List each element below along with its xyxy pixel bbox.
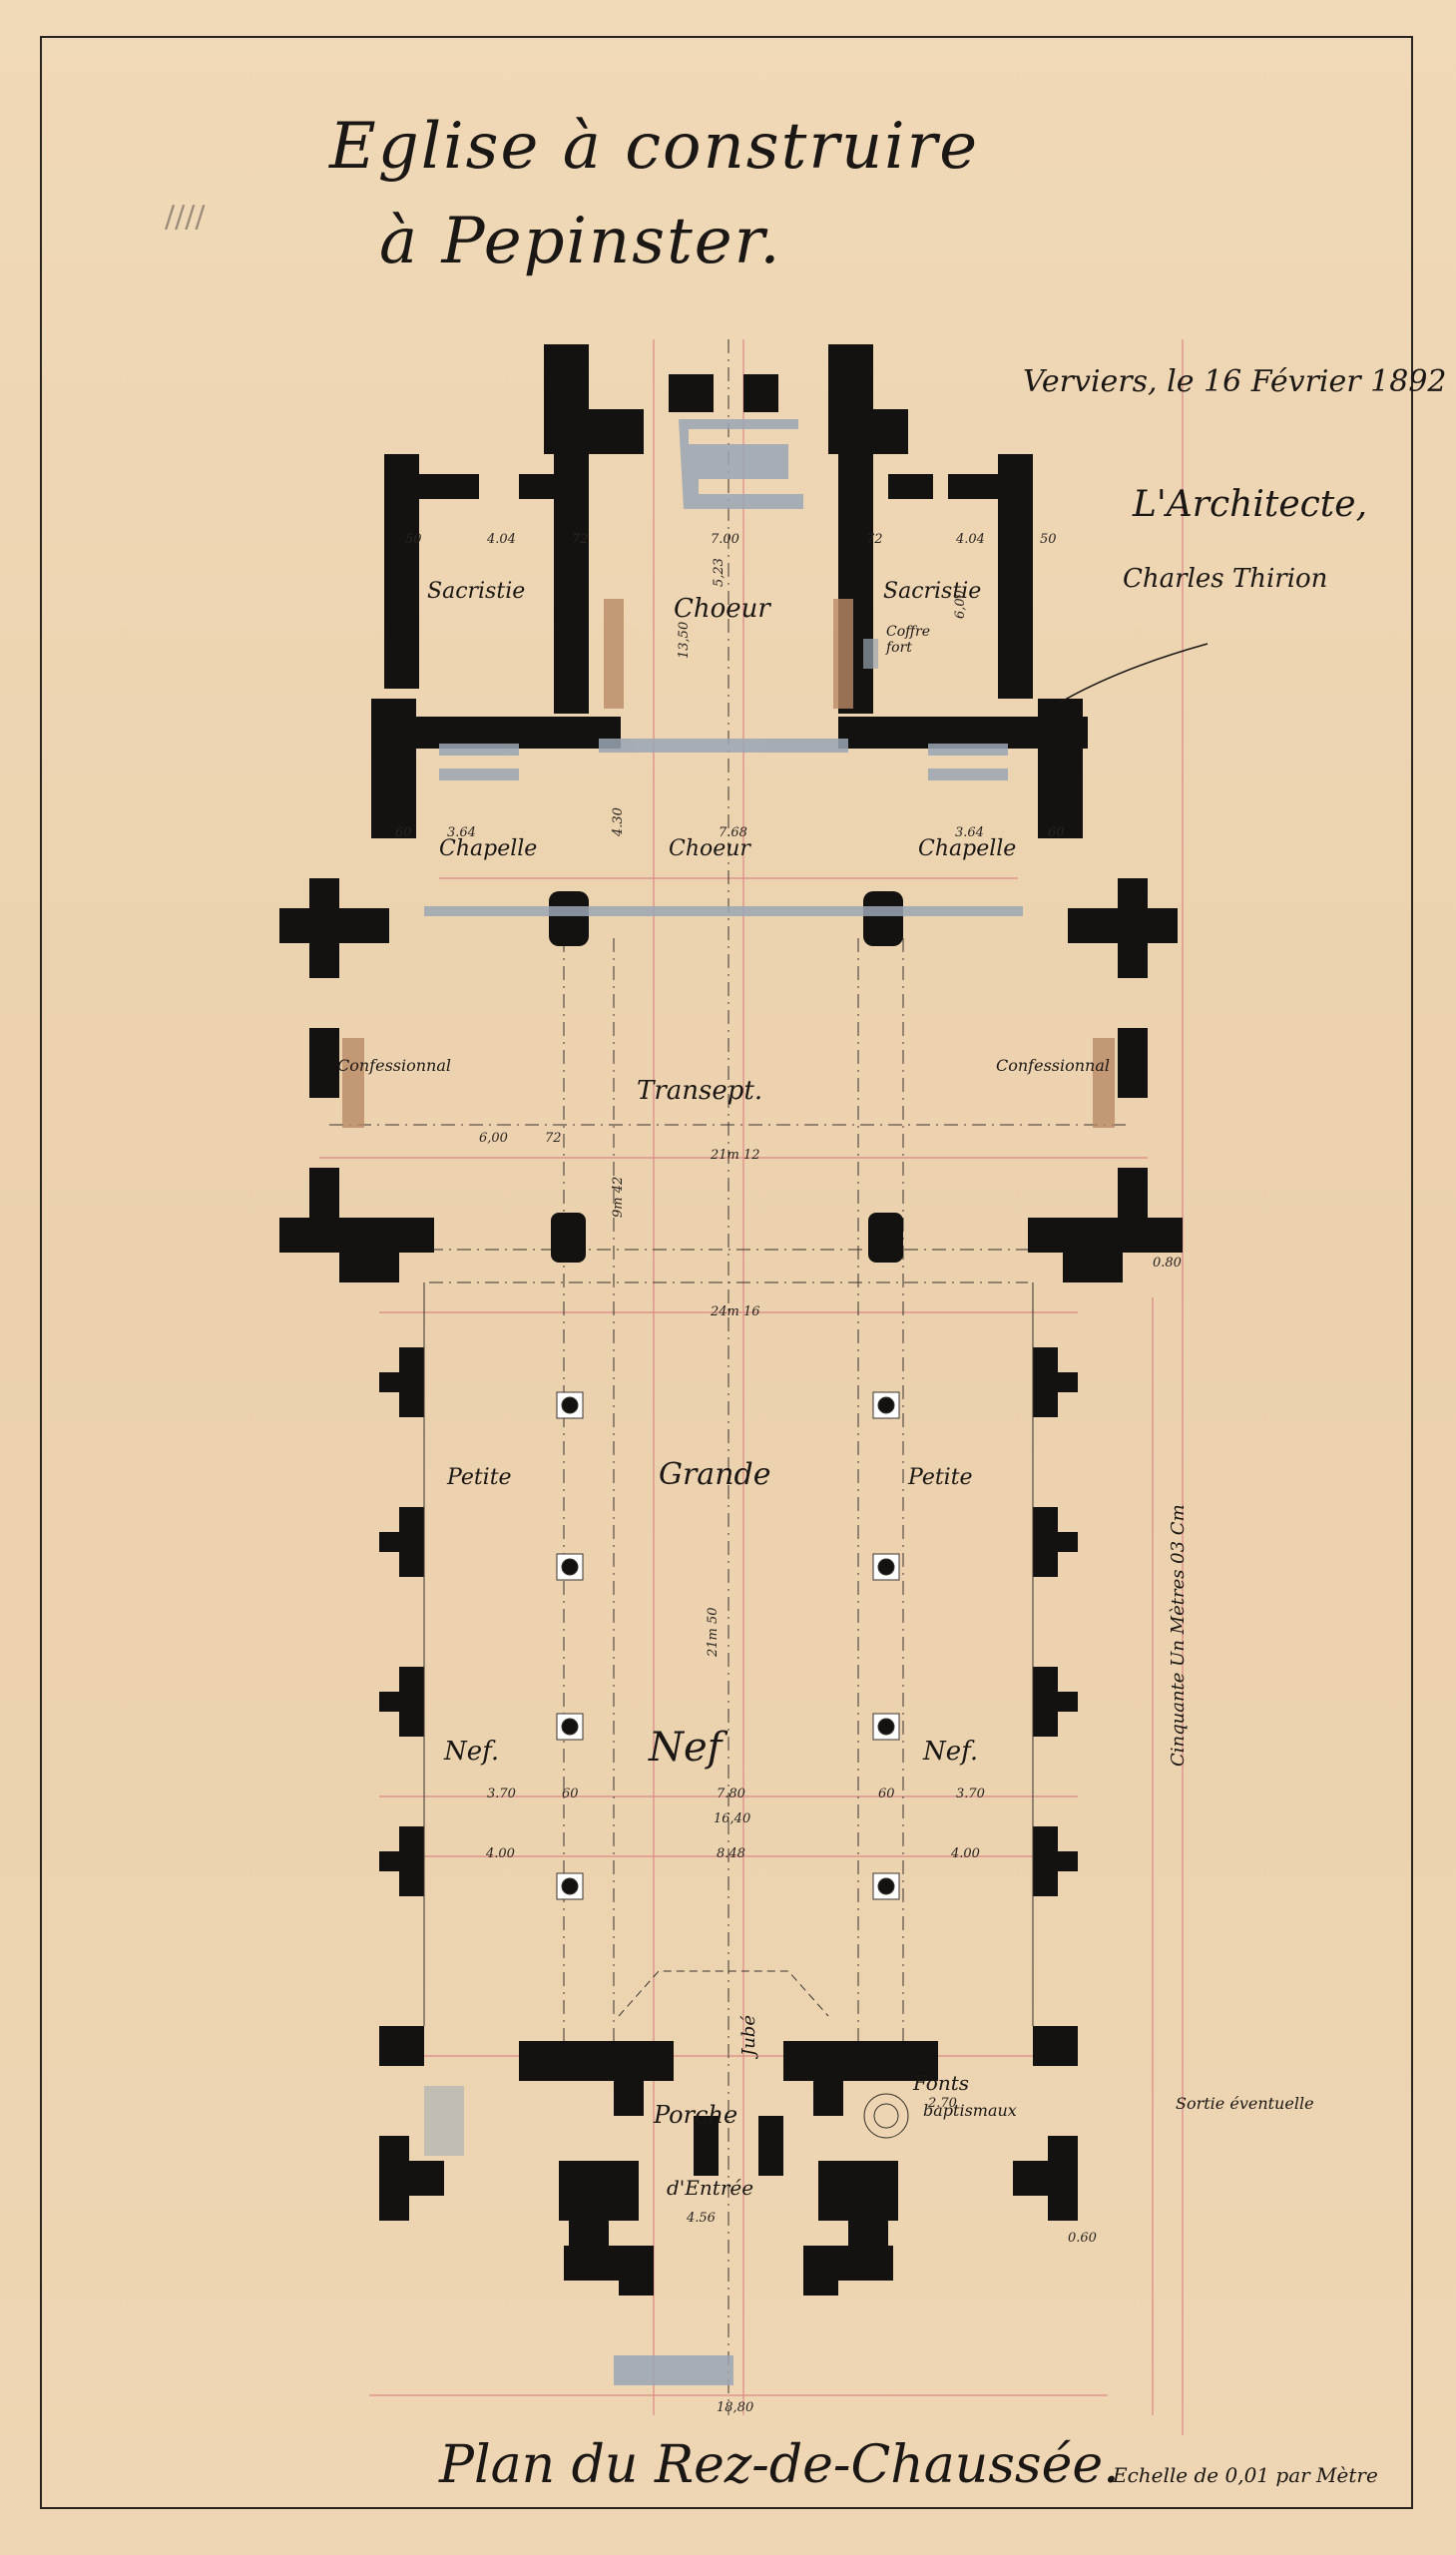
confessional-right: Confessionnal [996,1056,1110,1075]
dim-nave-length: 21m 50 [706,1607,721,1657]
label-petite-left: Petite [447,1465,512,1490]
walls [279,344,1183,2296]
dim-choeur-depth: 13,50 [677,622,692,659]
dim-sacristie-depth: 6,00 [953,590,968,619]
dim-aisle-right: 3.70 [956,1787,985,1801]
dim-wall-50-left: 50 [405,532,422,547]
dim-transept-side: 6,00 [479,1131,508,1146]
dim-aisle-axis-right: 4.00 [951,1846,980,1861]
dim-fonts: 2.70 [928,2096,957,2111]
label-petite-right: Petite [908,1465,973,1490]
dim-total-width: 18,80 [717,2400,753,2415]
room-choeur-upper: Choeur [674,594,770,624]
dim-transept-wall: 72 [545,1131,562,1146]
dim-inner-width: 16,40 [714,1811,750,1826]
dim-sacristie-right: 4.04 [956,532,985,547]
dim-wall-50-right: 50 [1040,532,1057,547]
confessional-left: Confessionnal [337,1056,451,1075]
label-porche: Porche [654,2101,737,2129]
label-jube: Jubé [738,2015,759,2056]
room-sacristie-left: Sacristie [427,579,525,604]
sortie-eventuelle-note: Sortie éventuelle [1176,2094,1314,2113]
dim-exterior-60: 0.60 [1068,2231,1097,2246]
title-line1: Eglise à construire [329,110,979,184]
dim-exterior-80: 0.80 [1153,1256,1182,1271]
label-fonts: Fonts [913,2071,969,2095]
dim-choeur-lower-width: 7.68 [719,825,747,840]
title-line2: à Pepinster. [379,205,782,278]
place-date: Verviers, le 16 Février 1892 [1023,364,1447,399]
dim-wall-72-a: 72 [572,532,589,547]
dim-central-axis: 8.48 [717,1846,745,1861]
margin-tick-marks: //// [165,200,205,235]
total-length-note: Cinquante Un Mètres 03 Cm [1168,1504,1189,1767]
dim-sacristie-left: 4.04 [487,532,516,547]
label-nef-left: Nef. [444,1737,499,1767]
dim-choeur-width: 7.00 [711,532,739,547]
dim-aisle-axis-left: 4.00 [486,1846,515,1861]
label-nef-center: Nef [649,1725,722,1771]
dim-transept-depth: 9m 42 [611,1177,626,1218]
plan-title: Plan du Rez-de-Chaussée. [439,2435,1120,2495]
dim-nave-width: 24m 16 [711,1304,760,1319]
room-transept: Transept. [637,1076,762,1106]
dim-chapelle-wall-left: 60 [395,825,412,840]
signature-arrow [1058,644,1208,704]
label-entree: d'Entrée [667,2176,753,2200]
dim-wall-72-b: 72 [866,532,883,547]
dim-pillar-60b: 60 [878,1787,895,1801]
dim-aisle-left: 3.70 [487,1787,516,1801]
dim-chapelle-wall-right: 60 [1048,825,1065,840]
dim-pillar-60a: 60 [562,1787,579,1801]
architect-signature: Charles Thirion [1123,564,1327,594]
jube-outline [619,1971,828,2016]
dim-chapelle-right: 3.64 [955,825,984,840]
dim-central-nave: 7.80 [717,1787,745,1801]
dim-porch-width: 4.56 [687,2211,716,2226]
dim-transept-length: 21m 12 [711,1148,760,1163]
dim-choeur-sub: 5,23 [712,558,727,587]
label-grande: Grande [659,1457,770,1492]
dim-choeur-lower-depth: 4.30 [611,807,626,836]
label-nef-right: Nef. [923,1737,978,1767]
architect-label: L'Architecte, [1133,484,1367,525]
coffre-fort-label: Coffre fort [886,624,926,656]
dim-chapelle-left: 3.64 [447,825,476,840]
scale-note: Echelle de 0,01 par Mètre [1113,2463,1378,2487]
